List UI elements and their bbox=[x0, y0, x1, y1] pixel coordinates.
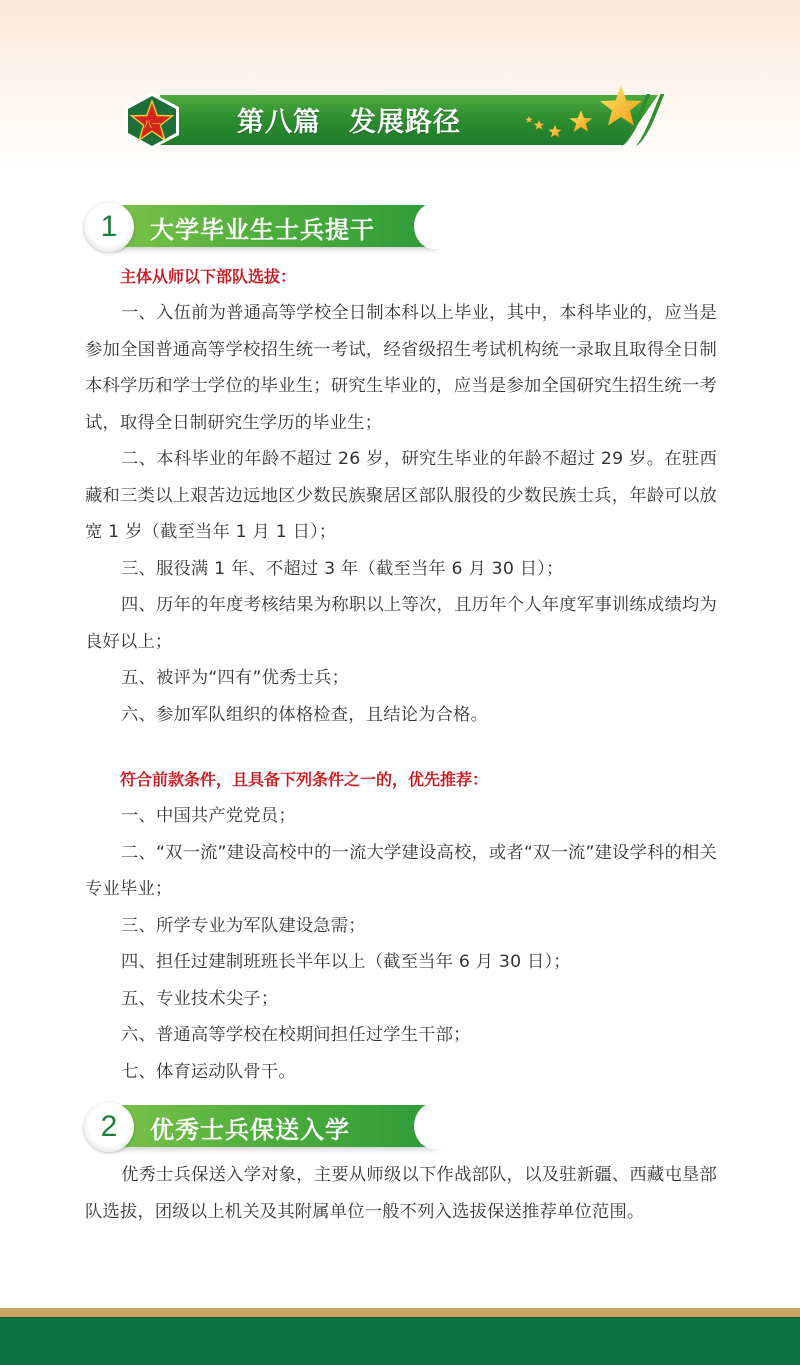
section-bar-notch-decoration bbox=[414, 1103, 454, 1149]
svg-text:八一: 八一 bbox=[144, 120, 160, 129]
subhead-selection-scope: 主体从师以下部队选拔： bbox=[85, 258, 717, 295]
priority-item: 三、所学专业为军队建设急需； bbox=[85, 908, 717, 945]
section-header-2: 2 优秀士兵保送入学 bbox=[84, 1102, 444, 1156]
footer-gold-stripe bbox=[0, 1308, 800, 1317]
chapter-title: 第八篇 发展路径 bbox=[237, 100, 461, 139]
section-number-badge: 1 bbox=[84, 202, 134, 252]
army-star-emblem-icon: 八一 bbox=[122, 92, 182, 150]
stars-decoration-icon bbox=[517, 82, 657, 152]
footer-green-band bbox=[0, 1317, 800, 1365]
subhead-priority-recommendation: 符合前款条件，且具备下列条件之一的，优先推荐： bbox=[85, 761, 717, 798]
priority-item: 七、体育运动队骨干。 bbox=[85, 1054, 717, 1091]
priority-item: 一、中国共产党党员； bbox=[85, 798, 717, 835]
section-bar-notch-decoration bbox=[414, 203, 454, 249]
requirement-item: 六、参加军队组织的体格检查，且结论为合格。 bbox=[85, 697, 717, 734]
requirement-item: 三、服役满 1 年、不超过 3 年（截至当年 6 月 30 日）； bbox=[85, 551, 717, 588]
priority-item: 六、普通高等学校在校期间担任过学生干部； bbox=[85, 1017, 717, 1054]
section-title: 大学毕业生士兵提干 bbox=[150, 210, 375, 245]
section-number-badge: 2 bbox=[84, 1102, 134, 1152]
body-paragraph: 优秀士兵保送入学对象，主要从师级以下作战部队，以及驻新疆、西藏屯垦部队选拔，团级… bbox=[85, 1157, 717, 1230]
requirement-item: 二、本科毕业的年龄不超过 26 岁，研究生毕业的年龄不超过 29 岁。在驻西藏和… bbox=[85, 441, 717, 551]
requirement-item: 四、历年的年度考核结果为称职以上等次，且历年个人年度军事训练成绩均为良好以上； bbox=[85, 587, 717, 660]
requirement-item: 五、被评为“四有”优秀士兵； bbox=[85, 660, 717, 697]
chapter-banner: 八一 第八篇 发展路径 bbox=[122, 92, 682, 150]
section-title: 优秀士兵保送入学 bbox=[150, 1110, 350, 1145]
section-1-content: 主体从师以下部队选拔： 一、入伍前为普通高等学校全日制本科以上毕业，其中，本科毕… bbox=[85, 258, 717, 1090]
priority-item: 四、担任过建制班班长半年以上（截至当年 6 月 30 日）； bbox=[85, 944, 717, 981]
requirement-item: 一、入伍前为普通高等学校全日制本科以上毕业，其中，本科毕业的，应当是参加全国普通… bbox=[85, 295, 717, 441]
priority-item: 二、“双一流”建设高校中的一流大学建设高校，或者“双一流”建设学科的相关专业毕业… bbox=[85, 835, 717, 908]
section-header-1: 1 大学毕业生士兵提干 bbox=[84, 202, 444, 256]
priority-item: 五、专业技术尖子； bbox=[85, 981, 717, 1018]
spacer bbox=[85, 733, 717, 761]
section-2-content: 优秀士兵保送入学对象，主要从师级以下作战部队，以及驻新疆、西藏屯垦部队选拔，团级… bbox=[85, 1157, 717, 1230]
